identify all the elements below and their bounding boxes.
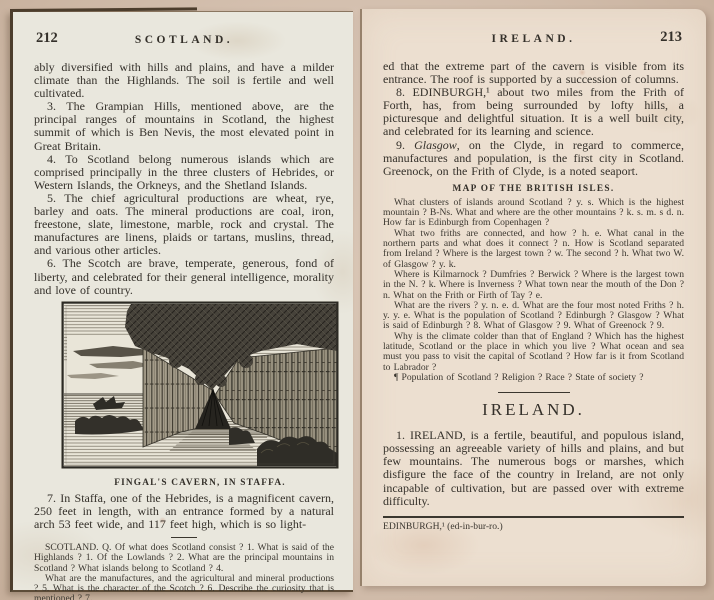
footnote-questions-1: SCOTLAND. Q. Of what does Scotland consi… [34, 543, 334, 574]
paragraph-8: 8. EDINBURGH,¹ about two miles from the … [383, 86, 684, 138]
right-running-head: IRELAND. [492, 33, 576, 45]
section-separator-rule [498, 392, 570, 393]
pronunciation-footnote: EDINBURGH,¹ (ed-in-bur-ro.) [383, 521, 684, 532]
map-question-paragraph: ¶ Population of Scotland ? Religion ? Ra… [383, 373, 684, 383]
map-questions: What clusters of islands around Scotland… [383, 198, 684, 383]
left-footnotes: SCOTLAND. Q. Of what does Scotland consi… [34, 543, 334, 600]
figure-caption: FINGAL'S CAVERN, IN STAFFA. [61, 478, 339, 488]
right-page: IRELAND. 213 ed that the extreme part of… [360, 9, 706, 586]
map-question-paragraph: What two friths are connected, and how ?… [383, 229, 684, 270]
paragraph-7: 7. In Staffa, one of the Hebrides, is a … [34, 492, 334, 531]
fingals-cavern-engraving [61, 301, 339, 469]
right-page-number: 213 [660, 29, 682, 46]
map-question-paragraph: Why is the climate colder than that of E… [383, 332, 684, 373]
left-page-number: 212 [36, 30, 58, 47]
map-question-paragraph: What are the rivers ? y. n. e. d. What a… [383, 301, 684, 332]
left-body-text: ably diversified with hills and plains, … [34, 61, 334, 297]
ireland-section-text: 1. IRELAND, is a fertile, beautiful, and… [383, 429, 684, 508]
map-question-paragraph: What clusters of islands around Scotland… [383, 198, 684, 229]
left-page: 212 SCOTLAND. ably diversified with hill… [10, 11, 353, 592]
left-running-head: SCOTLAND. [135, 34, 233, 46]
paragraph-5: 5. The chief agricultural productions ar… [34, 192, 334, 257]
footnote-separator-rule [171, 537, 197, 538]
footnote-rule [383, 516, 684, 518]
right-page-header: IRELAND. 213 [383, 29, 684, 47]
paragraph-continuation: ed that the extreme part of the cavern i… [383, 60, 684, 86]
paragraph-1-ireland: 1. IRELAND, is a fertile, beautiful, and… [383, 429, 684, 508]
left-body-text-after-figure: 7. In Staffa, one of the Hebrides, is a … [34, 492, 334, 531]
map-question-paragraph: Where is Kilmarnock ? Dumfries ? Berwick… [383, 270, 684, 301]
map-section-heading: MAP OF THE BRITISH ISLES. [383, 184, 684, 194]
ireland-section-heading: IRELAND. [383, 400, 684, 420]
paragraph-4: 4. To Scotland belong numerous islands w… [34, 153, 334, 192]
paragraph-6: 6. The Scotch are brave, temperate, gene… [34, 257, 334, 296]
paragraph-continuation: ably diversified with hills and plains, … [34, 61, 334, 100]
right-body-text: ed that the extreme part of the cavern i… [383, 60, 684, 178]
footnote-questions-2: What are the manufactures, and the agric… [34, 574, 334, 600]
paragraph-3: 3. The Grampian Hills, mentioned above, … [34, 100, 334, 152]
left-page-header: 212 SCOTLAND. [34, 30, 334, 48]
fingals-cavern-figure: FINGAL'S CAVERN, IN STAFFA. [61, 301, 339, 488]
paragraph-9: 9. Glasgow, on the Clyde, in regard to c… [383, 139, 684, 178]
